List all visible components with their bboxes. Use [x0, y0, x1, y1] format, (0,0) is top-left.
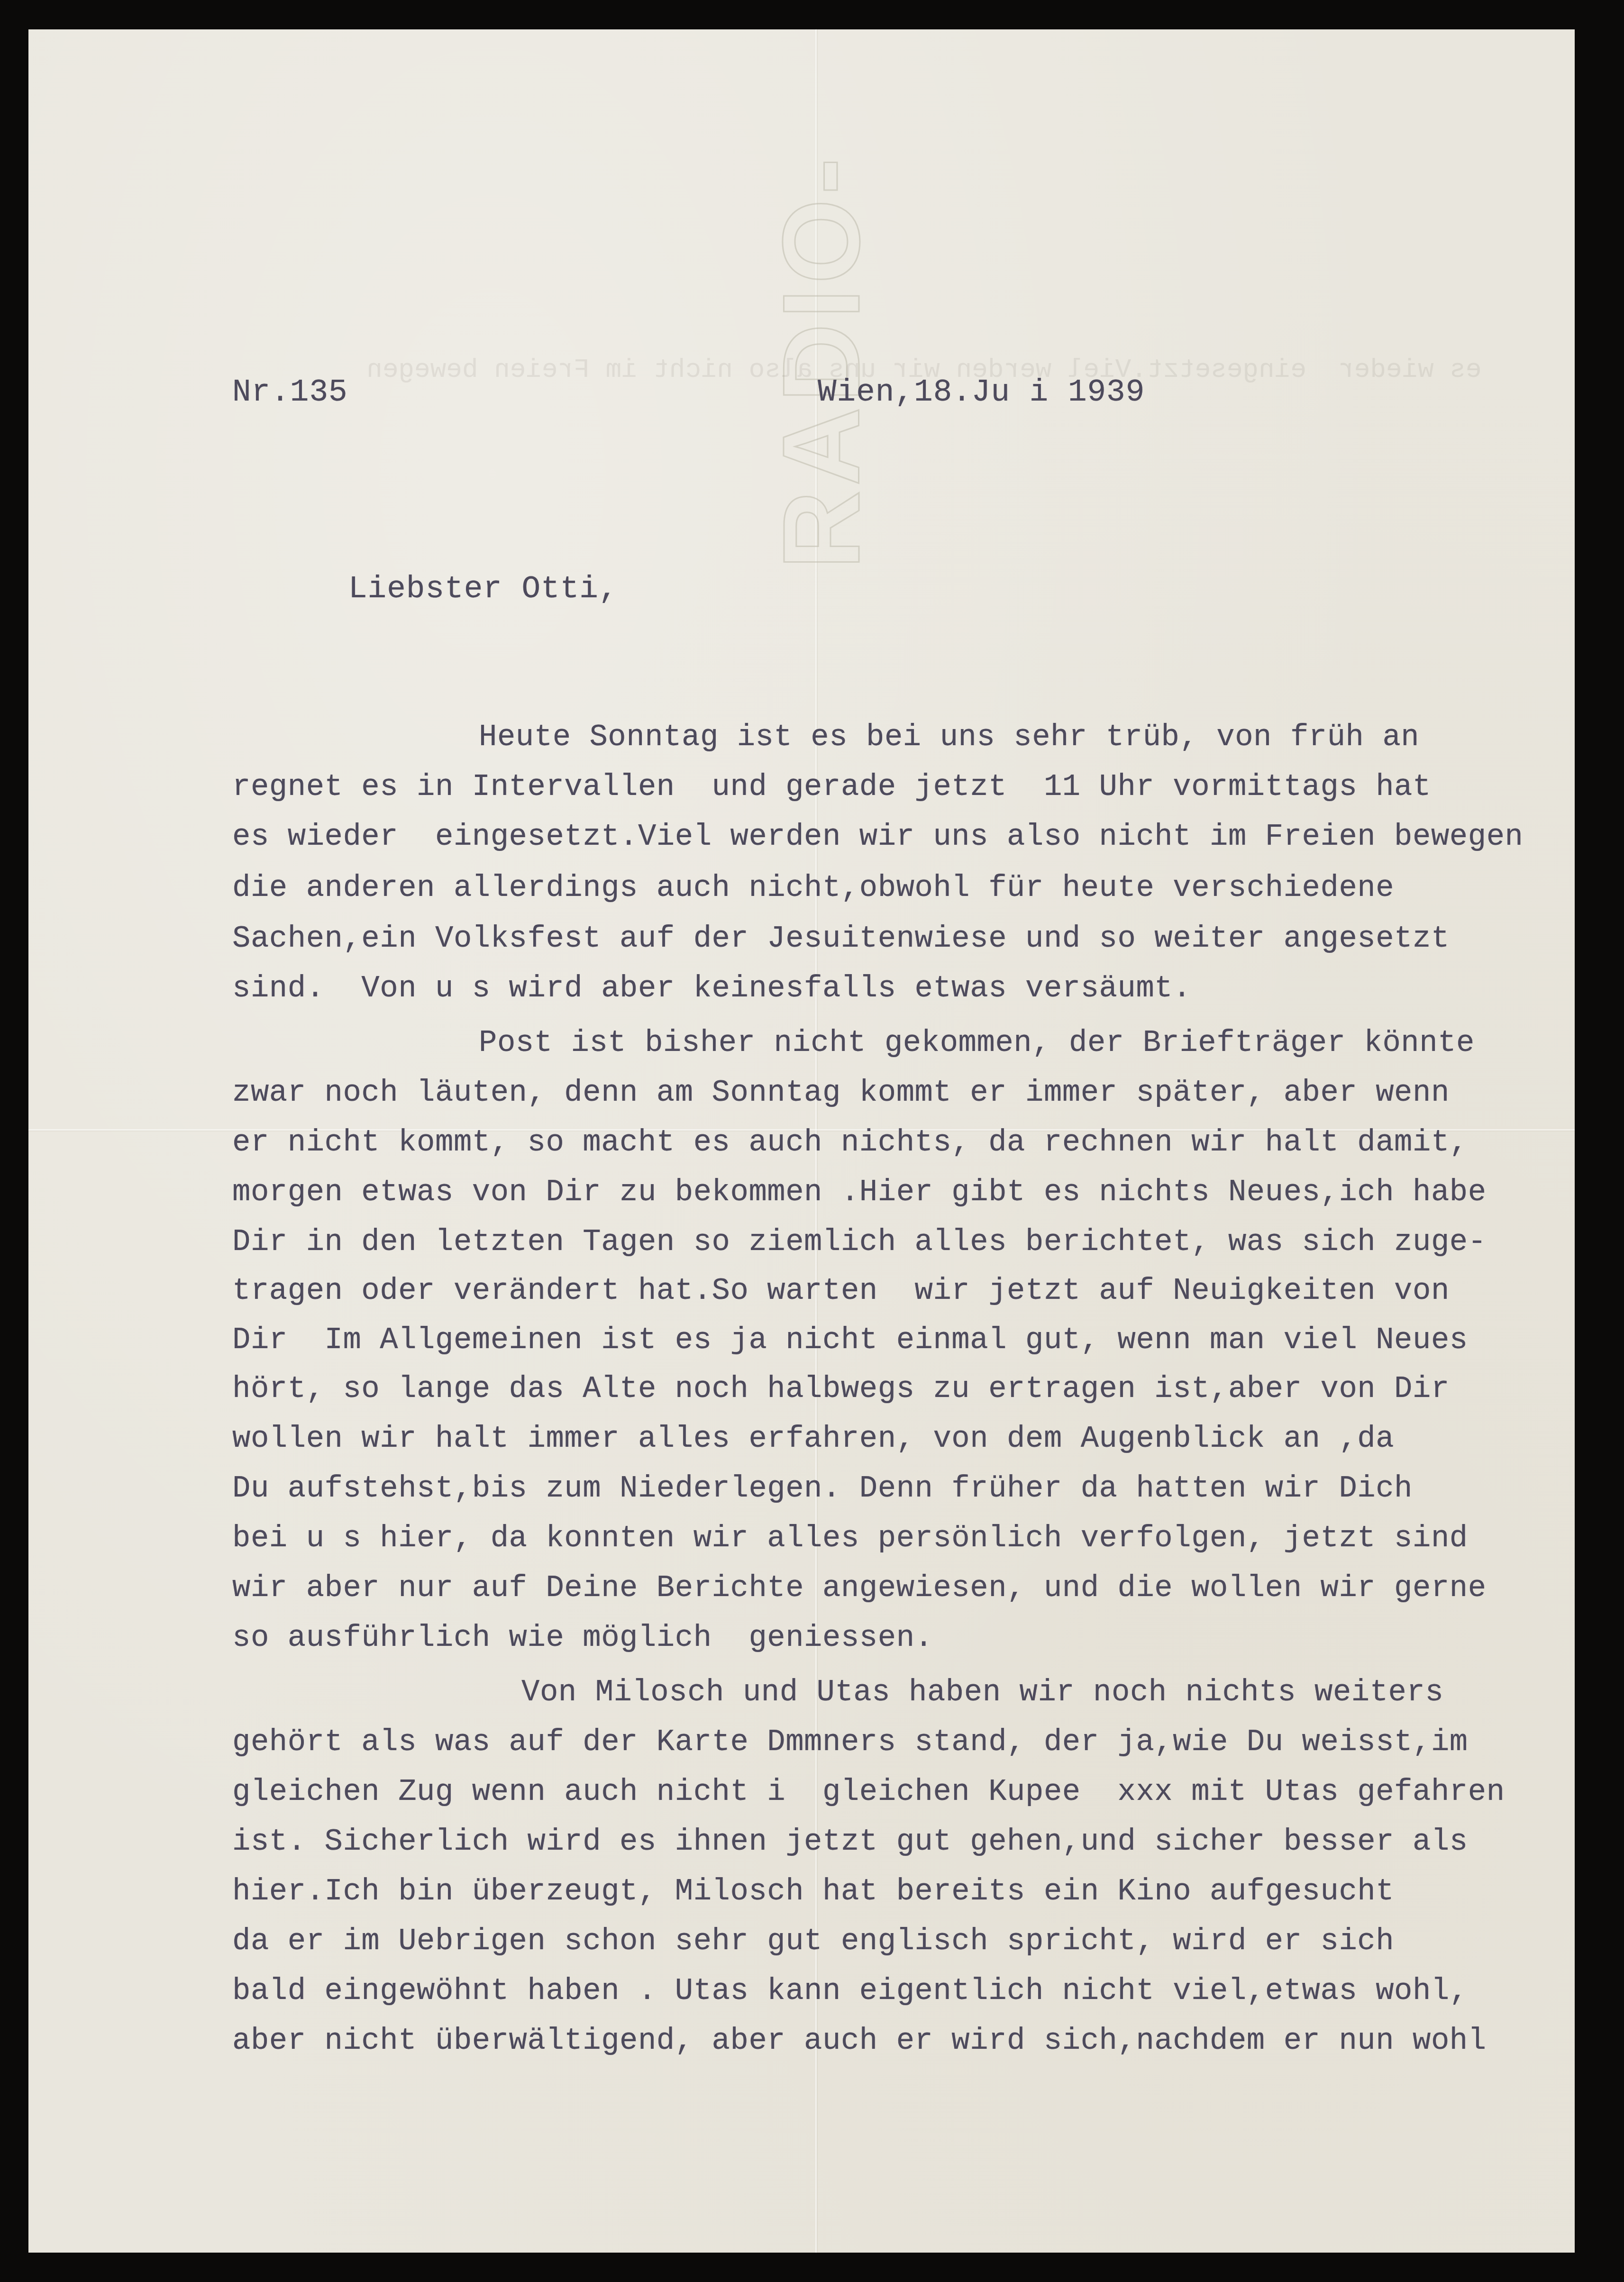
body-line: ist. Sicherlich wird es ihnen jetzt gut … — [232, 1825, 1468, 1859]
body-line: sind. Von u s wird aber keinesfalls etwa… — [232, 972, 1191, 1006]
body-line: aber nicht überwältigend, aber auch er w… — [232, 2024, 1487, 2058]
body-line: Post ist bisher nicht gekommen, der Brie… — [479, 1026, 1475, 1060]
body-line: bei u s hier, da konnten wir alles persö… — [232, 1522, 1468, 1556]
body-line: regnet es in Intervallen und gerade jetz… — [232, 770, 1431, 804]
body-line: gleichen Zug wenn auch nicht i gleichen … — [232, 1775, 1505, 1809]
body-line: es wieder eingesetzt.Viel werden wir uns… — [232, 820, 1523, 854]
body-line: morgen etwas von Dir zu bekommen .Hier g… — [232, 1176, 1487, 1210]
body-line: Dir in den letzten Tagen so ziemlich all… — [232, 1225, 1487, 1260]
body-line: Du aufstehst,bis zum Niederlegen. Denn f… — [232, 1472, 1413, 1506]
embossed-watermark: RADIO- — [758, 29, 844, 693]
body-line: zwar noch läuten, denn am Sonntag kommt … — [232, 1076, 1450, 1110]
body-line: Von Milosch und Utas haben wir noch nich… — [521, 1676, 1443, 1710]
body-line: so ausführlich wie möglich geniessen. — [232, 1621, 933, 1655]
place-and-date: Wien,18.Ju i 1939 — [818, 374, 1145, 410]
body-line: Heute Sonntag ist es bei uns sehr trüb, … — [479, 721, 1419, 755]
letter-number: Nr.135 — [232, 374, 348, 410]
body-line: Sachen,ein Volksfest auf der Jesuitenwie… — [232, 922, 1450, 956]
salutation: Liebster Otti, — [348, 571, 618, 607]
body-line: hört, so lange das Alte noch halbwegs zu… — [232, 1372, 1450, 1406]
body-line: da er im Uebrigen schon sehr gut englisc… — [232, 1925, 1394, 1959]
body-line: hier.Ich bin überzeugt, Milosch hat bere… — [232, 1875, 1394, 1909]
body-line: tragen oder verändert hat.So warten wir … — [232, 1274, 1450, 1308]
body-line: gehört als was auf der Karte Dmmners sta… — [232, 1725, 1468, 1760]
body-line: Dir Im Allgemeinen ist es ja nicht einma… — [232, 1324, 1468, 1358]
body-line: er nicht kommt, so macht es auch nichts,… — [232, 1126, 1468, 1160]
body-line: bald eingewöhnt haben . Utas kann eigent… — [232, 1974, 1468, 2008]
body-line: wollen wir halt immer alles erfahren, vo… — [232, 1422, 1394, 1456]
body-line: die anderen allerdings auch nicht,obwohl… — [232, 871, 1394, 905]
body-line: wir aber nur auf Deine Berichte angewies… — [232, 1571, 1487, 1606]
